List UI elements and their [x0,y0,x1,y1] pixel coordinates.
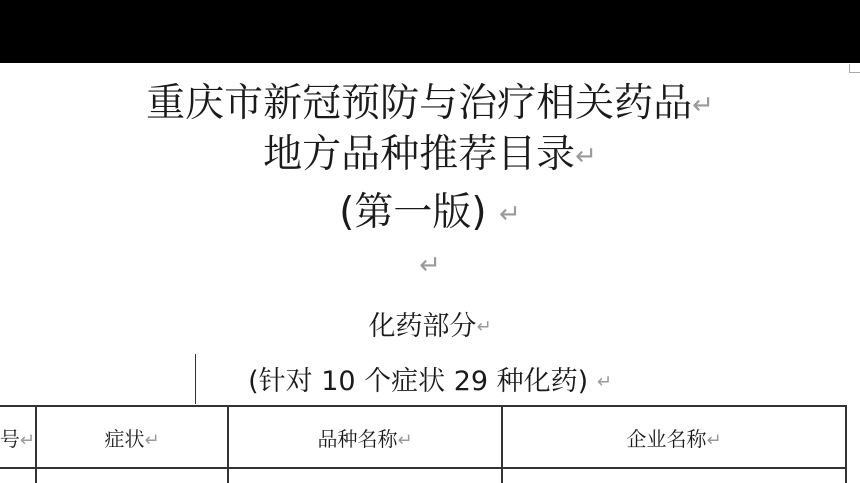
table-cell[interactable] [36,468,228,483]
page-corner-mark [849,64,860,73]
paragraph-mark-icon: ↵ [692,91,714,121]
paragraph-mark-icon: ↵ [397,430,412,451]
header-company-name[interactable]: 企业名称↵ [502,406,846,468]
section-subtitle: (针对 10 个症状 29 种化药) ↵ [0,362,860,403]
table-cell[interactable] [228,468,502,483]
paragraph-mark-icon: ↵ [20,430,35,451]
title-line-2: 地方品种推荐目录↵ [0,130,860,182]
paragraph-mark-icon: ↵ [144,430,159,451]
empty-paragraph: ↵ [0,250,860,281]
header-index[interactable]: 号↵ [0,406,36,468]
table-cell[interactable] [502,468,846,483]
paragraph-mark-icon: ↵ [419,251,441,281]
black-overlay-bar [0,0,860,63]
paragraph-mark-icon: ↵ [706,430,721,451]
paragraph-mark-icon: ↵ [597,372,612,393]
paragraph-mark-icon: ↵ [499,200,521,230]
paragraph-mark-icon: ↵ [476,317,491,338]
section-title: 化药部分↵ [0,307,860,348]
table-row [0,468,846,483]
header-symptom[interactable]: 症状↵ [36,406,228,468]
table-cell[interactable] [0,468,36,483]
title-line-1: 重庆市新冠预防与治疗相关药品↵ [0,79,860,131]
paragraph-mark-icon: ↵ [575,142,597,172]
drug-table: 号↵ 症状↵ 品种名称↵ 企业名称↵ [0,405,847,483]
header-drug-name[interactable]: 品种名称↵ [228,406,502,468]
title-line-3: (第一版) ↵ [0,188,860,240]
table-header-row: 号↵ 症状↵ 品种名称↵ 企业名称↵ [0,406,846,468]
